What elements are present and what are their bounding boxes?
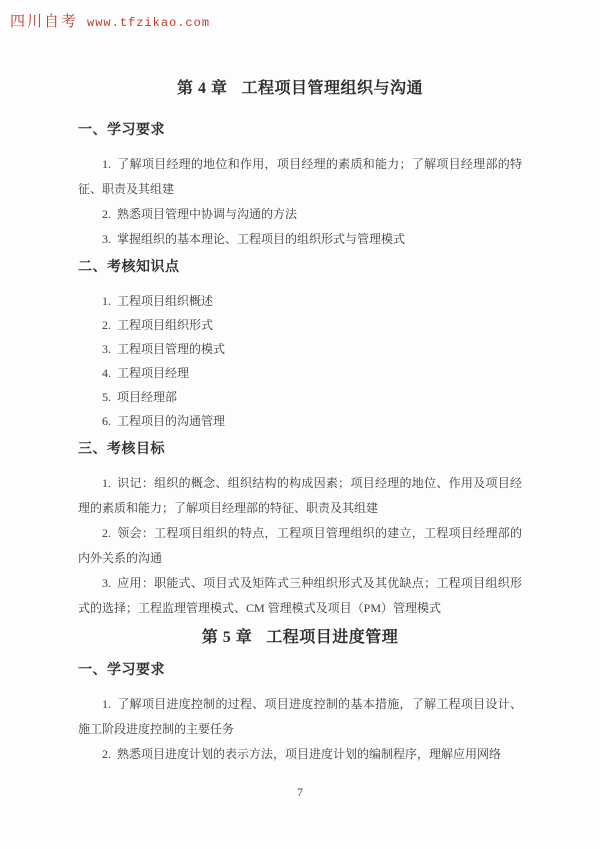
list-item: 6. 工程项目的沟通管理	[78, 409, 522, 433]
chapter-4-title: 第 4 章工程项目管理组织与沟通	[78, 78, 522, 100]
paragraph: 2. 领会：工程项目组织的特点，工程项目管理组织的建立，工程项目经理部的内外关系…	[78, 521, 522, 571]
paragraph: 1. 了解项目进度控制的过程、项目进度控制的基本措施，了解工程项目设计、施工阶段…	[78, 692, 522, 742]
paragraph: 3. 应用：职能式、项目式及矩阵式三种组织形式及其优缺点；工程项目组织形式的选择…	[78, 571, 522, 621]
list-item: 3. 工程项目管理的模式	[78, 337, 522, 361]
paragraph: 3. 掌握组织的基本理论、工程项目的组织形式与管理模式	[78, 227, 522, 252]
watermark-brand: 四川自考	[10, 10, 78, 31]
list-item: 4. 工程项目经理	[78, 361, 522, 385]
chapter-5-title: 第 5 章工程项目进度管理	[78, 627, 522, 649]
paragraph: 2. 熟悉项目管理中协调与沟通的方法	[78, 202, 522, 227]
list-item: 1. 工程项目组织概述	[78, 289, 522, 313]
chapter-4-number: 第 4 章	[177, 80, 228, 97]
section-heading-knowledge-points: 二、考核知识点	[78, 259, 522, 277]
section-heading-assessment-objectives: 三、考核目标	[78, 441, 522, 459]
page-number: 7	[0, 785, 600, 800]
section-heading-learning-requirements-ch4: 一、学习要求	[78, 122, 522, 140]
list-item: 2. 工程项目组织形式	[78, 313, 522, 337]
list-item: 5. 项目经理部	[78, 385, 522, 409]
paragraph: 1. 了解项目经理的地位和作用，项目经理的素质和能力；了解项目经理部的特征、职责…	[78, 152, 522, 202]
page-content: 第 4 章工程项目管理组织与沟通 一、学习要求 1. 了解项目经理的地位和作用，…	[78, 0, 522, 767]
paragraph: 2. 熟悉项目进度计划的表示方法，项目进度计划的编制程序，理解应用网络	[78, 742, 522, 767]
chapter-5-number: 第 5 章	[202, 629, 253, 646]
section-heading-learning-requirements-ch5: 一、学习要求	[78, 662, 522, 680]
chapter-4-name: 工程项目管理组织与沟通	[242, 80, 424, 97]
chapter-5-name: 工程项目进度管理	[266, 629, 398, 646]
document-page: 四川自考 www.tfzikao.com 第 4 章工程项目管理组织与沟通 一、…	[0, 0, 600, 849]
paragraph: 1. 识记：组织的概念、组织结构的构成因素；项目经理的地位、作用及项目经理的素质…	[78, 471, 522, 521]
